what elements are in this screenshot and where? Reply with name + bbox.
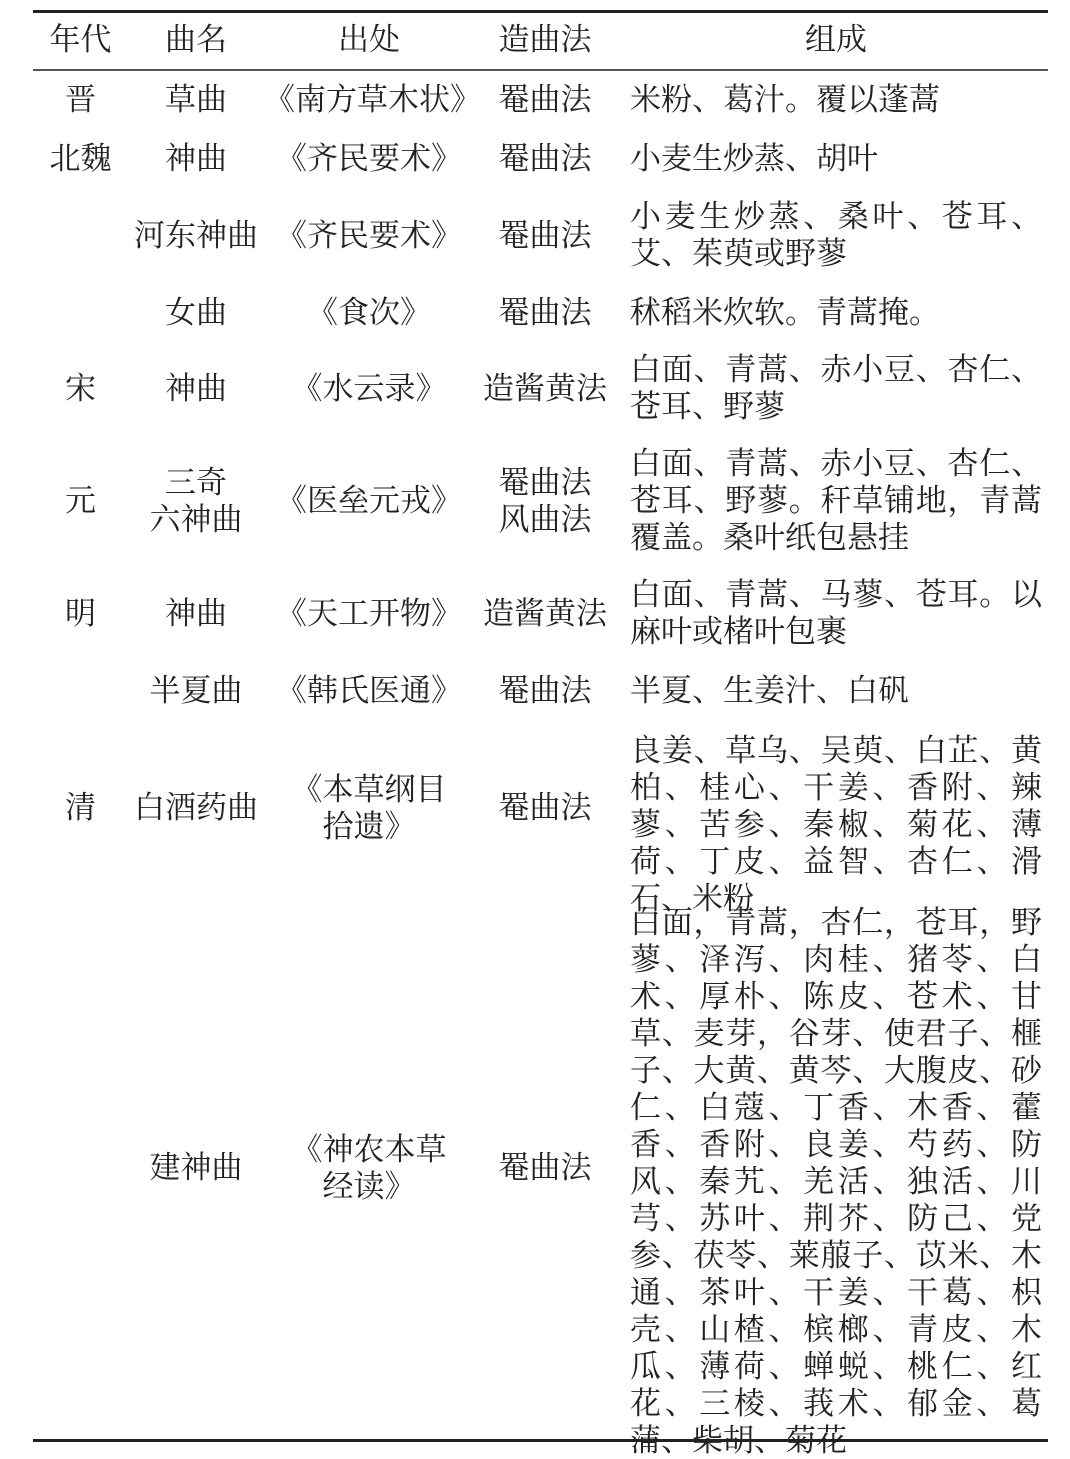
method-cell: 罨曲法 风曲法: [474, 465, 616, 539]
composition-cell: 良姜、草乌、吴萸、白芷、黄柏、桂心、干姜、香附、辣蓼、苦参、秦椒、菊花、薄荷、丁…: [630, 733, 1042, 918]
method-cell: 罨曲法: [474, 218, 616, 255]
header-era: 年代: [33, 22, 128, 59]
method-cell: 罨曲法: [474, 673, 616, 710]
source-cell: 《神农本草 经读》: [264, 1132, 474, 1206]
source-cell: 《齐民要术》: [264, 141, 474, 178]
header-composition: 组成: [630, 22, 1042, 59]
composition-cell: 半夏、生姜汁、白矾: [630, 673, 1042, 710]
name-cell: 神曲: [128, 596, 264, 633]
header-name: 曲名: [128, 22, 264, 59]
source-cell: 《天工开物》: [264, 596, 474, 633]
source-cell: 《齐民要术》: [264, 218, 474, 255]
source-cell: 《南方草木状》: [264, 82, 474, 119]
source-cell: 《韩氏医通》: [264, 673, 474, 710]
name-cell: 三奇 六神曲: [128, 465, 264, 539]
era-cell: 宋: [33, 371, 128, 408]
header-method: 造曲法: [474, 22, 616, 59]
source-cell: 《食次》: [264, 295, 474, 332]
era-cell: 清: [33, 790, 128, 827]
composition-cell: 白面、青蒿、赤小豆、杏仁、苍耳、野蓼。秆草铺地，青蒿覆盖。桑叶纸包悬挂: [630, 446, 1042, 557]
composition-cell: 白面、青蒿、马蓼、苍耳。以麻叶或楮叶包裹: [630, 577, 1042, 651]
table-header-rule: [33, 69, 1048, 71]
source-cell: 《水云录》: [264, 371, 474, 408]
composition-cell: 小麦生炒蒸、桑叶、苍耳、艾、茱萸或野蓼: [630, 199, 1042, 273]
method-cell: 造酱黄法: [474, 371, 616, 408]
composition-cell: 白面、青蒿、赤小豆、杏仁、苍耳、野蓼: [630, 352, 1042, 426]
method-cell: 罨曲法: [474, 82, 616, 119]
method-cell: 罨曲法: [474, 141, 616, 178]
name-cell: 女曲: [128, 295, 264, 332]
era-cell: 晋: [33, 82, 128, 119]
method-cell: 造酱黄法: [474, 596, 616, 633]
method-cell: 罨曲法: [474, 790, 616, 827]
source-cell: 《医垒元戎》: [264, 483, 474, 520]
composition-cell: 白面，青蒿，杏仁，苍耳，野蓼、泽泻、肉桂、猪苓、白术、厚朴、陈皮、苍术、甘草、麦…: [630, 905, 1042, 1459]
method-cell: 罨曲法: [474, 295, 616, 332]
composition-cell: 小麦生炒蒸、胡叶: [630, 141, 1042, 178]
composition-cell: 米粉、葛汁。覆以蓬蒿: [630, 82, 1042, 119]
source-cell: 《本草纲目 拾遗》: [264, 772, 474, 846]
method-cell: 罨曲法: [474, 1150, 616, 1187]
era-cell: 明: [33, 596, 128, 633]
table-top-rule: [33, 10, 1048, 13]
header-source: 出处: [264, 22, 474, 59]
name-cell: 草曲: [128, 82, 264, 119]
name-cell: 神曲: [128, 141, 264, 178]
era-cell: 北魏: [33, 141, 128, 178]
name-cell: 建神曲: [128, 1150, 264, 1187]
composition-cell: 秫稻米炊软。青蒿掩。: [630, 295, 1042, 332]
name-cell: 河东神曲: [128, 218, 264, 255]
name-cell: 白酒药曲: [128, 790, 264, 827]
era-cell: 元: [33, 483, 128, 520]
name-cell: 神曲: [128, 371, 264, 408]
name-cell: 半夏曲: [128, 673, 264, 710]
